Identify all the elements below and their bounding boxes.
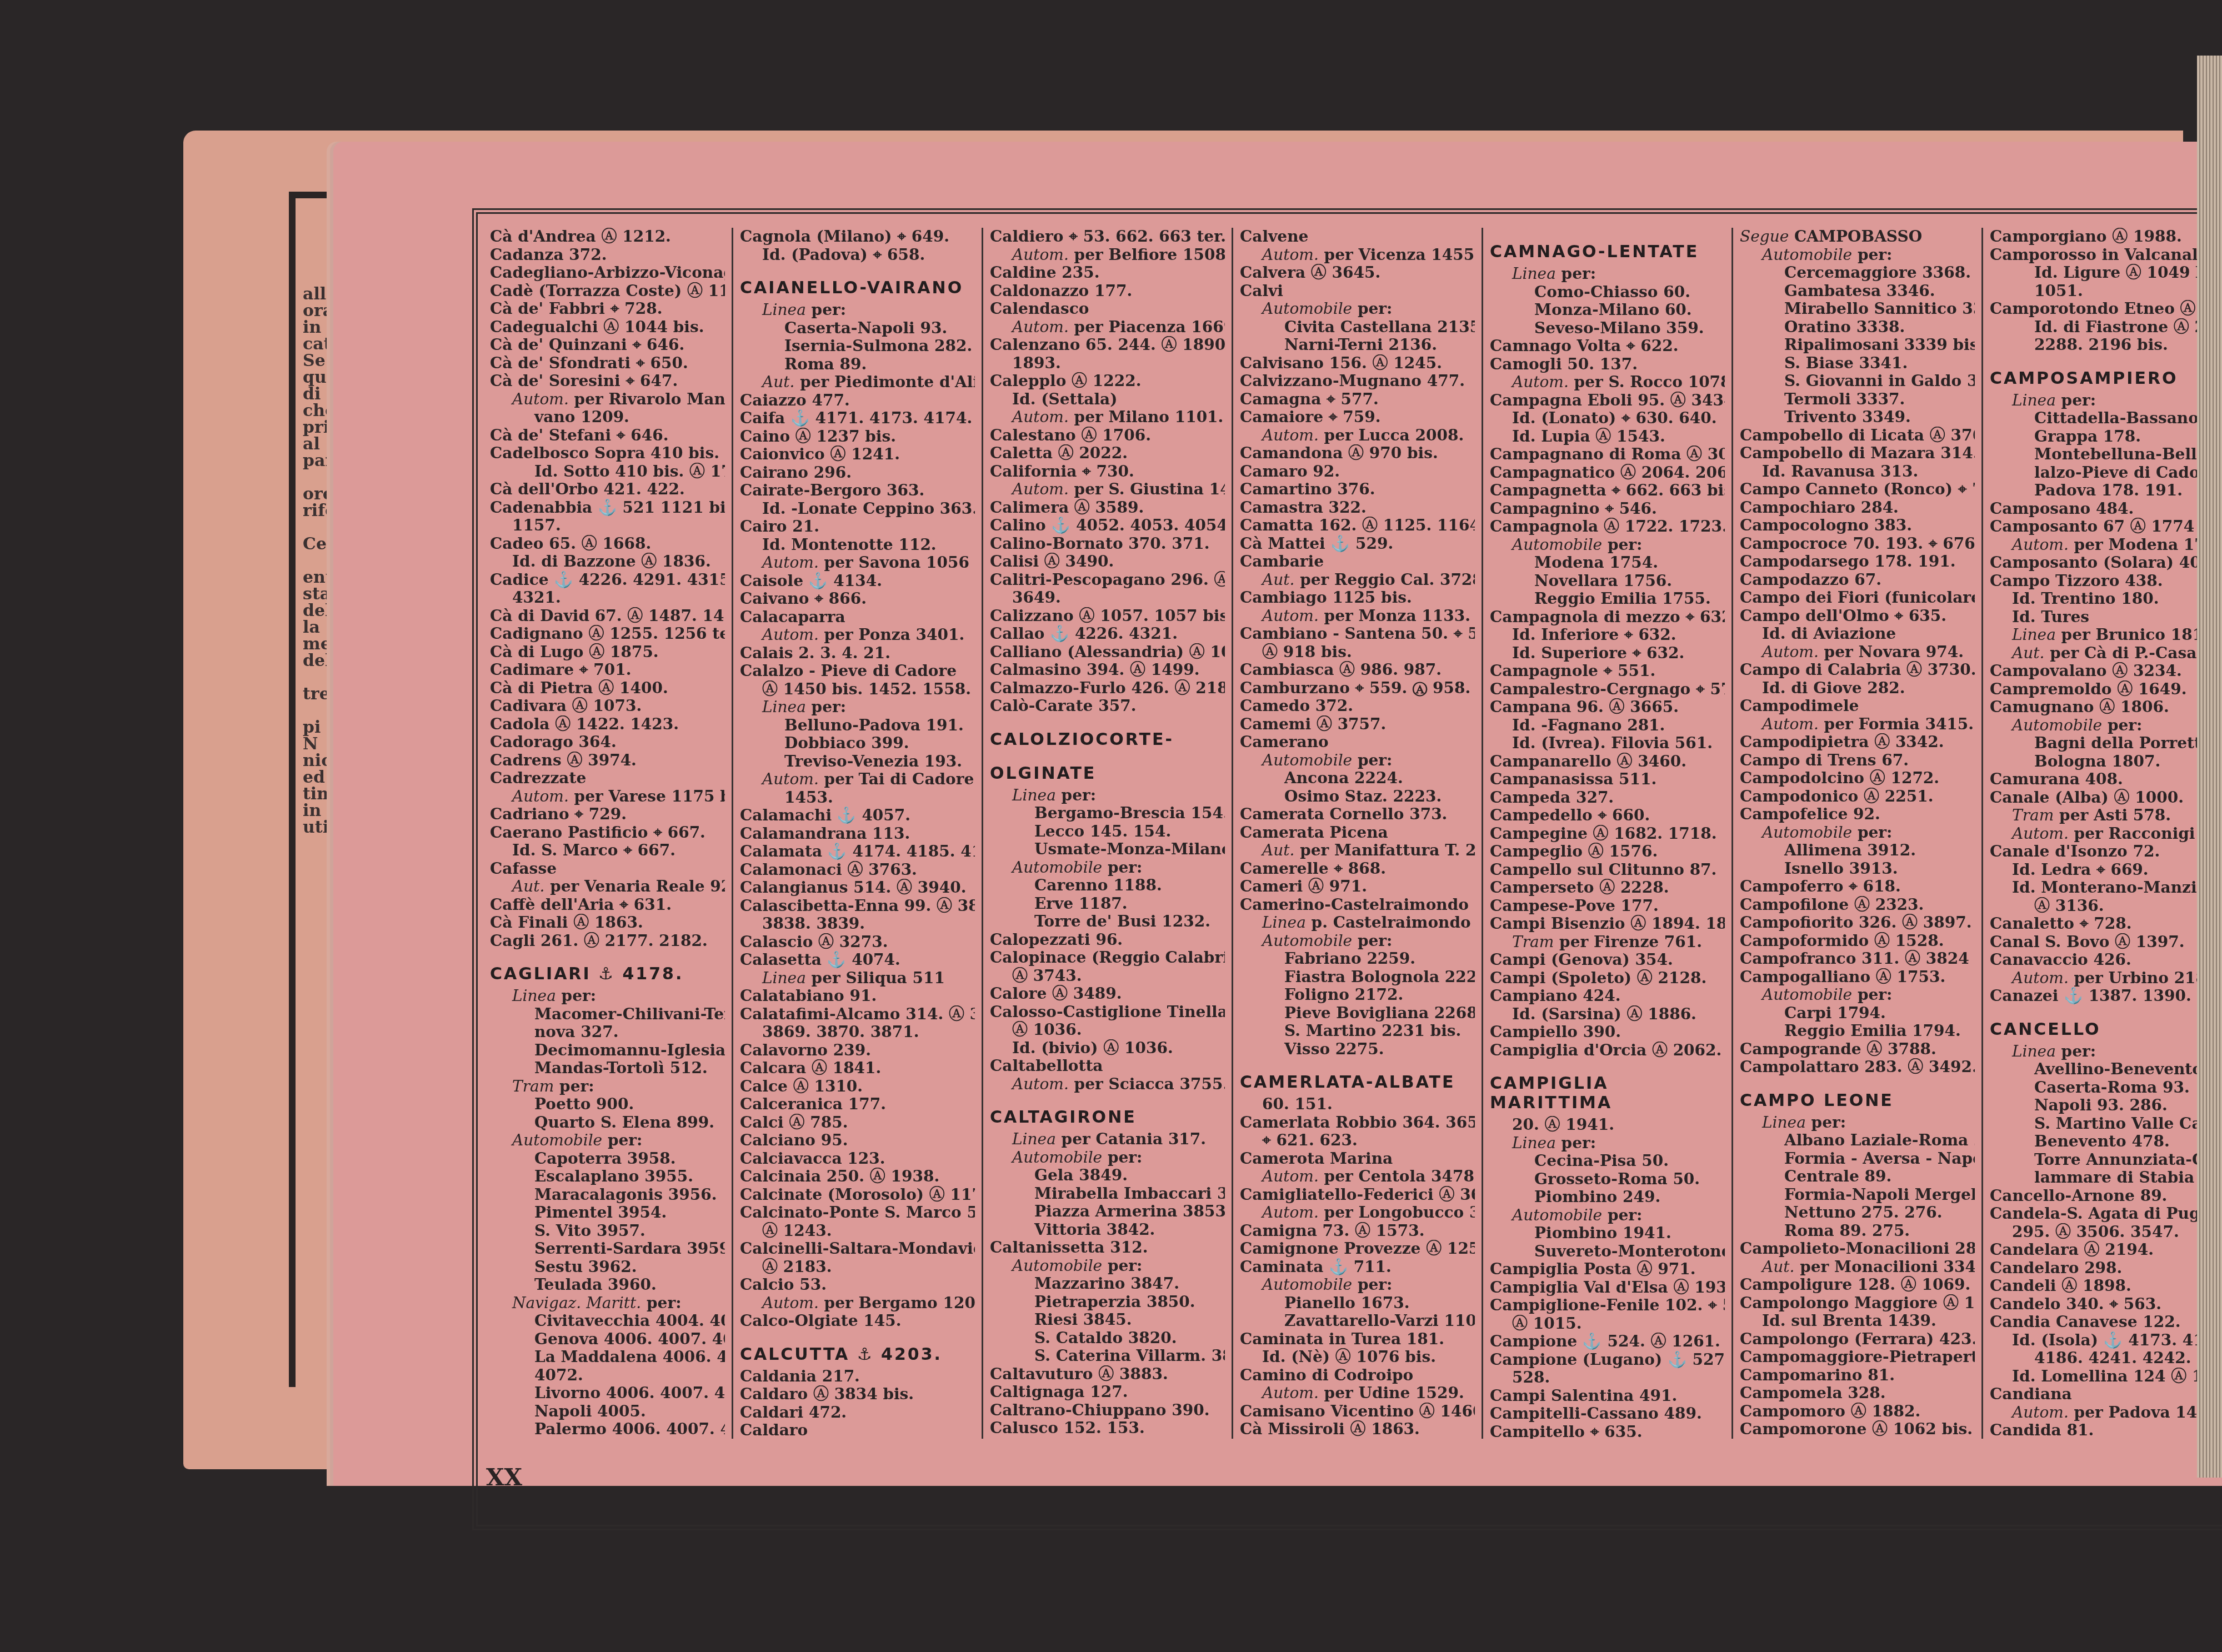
index-entry: Cà de' Quinzani ⌖ 646. xyxy=(490,336,725,354)
index-entry: Riesi 3845. xyxy=(990,1311,1225,1329)
index-entry: Navigaz. Maritt. per: xyxy=(490,1294,725,1313)
index-entry: Ⓐ 3743. xyxy=(990,967,1225,985)
index-entry: Calcara Ⓐ 1841. xyxy=(740,1059,975,1078)
index-entry: Automobile per: xyxy=(990,859,1225,877)
index-entry: Camugnano Ⓐ 1806. xyxy=(1990,698,2222,717)
index-entry: Campomoro Ⓐ 1882. xyxy=(1740,1403,1975,1421)
index-entry: Camporotondo Etneo Ⓐ 3799. xyxy=(1990,300,2222,318)
index-entry: Camartino 376. xyxy=(1240,480,1475,499)
index-entry: Cancello-Arnone 89. xyxy=(1990,1187,2222,1205)
index-entry: Napoli 93. 286. xyxy=(1990,1097,2222,1115)
index-entry: ⌖ 621. 623. xyxy=(1240,1132,1475,1150)
index-entry: Zavattarello-Varzi 1104 ter. xyxy=(1240,1312,1475,1330)
index-entry: Campomela 328. xyxy=(1740,1384,1975,1403)
index-entry: Caisole ⚓ 4134. xyxy=(740,572,975,590)
index-entry: Linea per: xyxy=(990,787,1225,805)
index-entry: Caluso 122. xyxy=(990,1438,1225,1439)
index-entry: Camagna ⌖ 577. xyxy=(1240,391,1475,409)
index-entry: Calcio 53. xyxy=(740,1276,975,1294)
index-entry: Novellara 1756. xyxy=(1490,572,1725,590)
index-entry: Camburzano ⌖ 559. Ⓐ 958. xyxy=(1240,679,1475,698)
index-column-7: Camporgiano Ⓐ 1988.Camporosso in Valcana… xyxy=(1983,228,2222,1439)
index-entry: Macomer-Chilivani-Terra- xyxy=(490,1005,725,1024)
index-entry: Canaletto ⌖ 728. xyxy=(1990,915,2222,933)
index-entry: Spezia 4006. 4507. xyxy=(490,1439,725,1439)
index-entry: Erve 1187. xyxy=(990,895,1225,913)
index-entry: Campiglia Val d'Elsa Ⓐ 1936. xyxy=(1490,1279,1725,1297)
index-entry: Id. Ligure Ⓐ 1049 bis. xyxy=(1990,264,2222,282)
index-entry: Calò-Carate 357. xyxy=(990,697,1225,715)
index-entry: Calitri-Pescopagano 296. Ⓐ 3473. xyxy=(990,571,1225,589)
index-entry: Segue CAMPOBASSO xyxy=(1740,228,1975,246)
index-entry: Livorno 4006. 4007. 4009. xyxy=(490,1384,725,1403)
index-entry: Automobile per: xyxy=(1240,1276,1475,1294)
index-entry: Cadola Ⓐ 1422. 1423. xyxy=(490,715,725,734)
index-entry: Caletta Ⓐ 2022. xyxy=(990,444,1225,463)
index-entry: Id. -Lonate Ceppino 363. xyxy=(740,500,975,518)
index-entry: Como-Chiasso 60. xyxy=(1490,283,1725,302)
index-entry: Piazza Armerina 3853. xyxy=(990,1203,1225,1221)
index-entry: Cadelbosco Sopra 410 bis. Ⓐ 1732. xyxy=(490,444,725,463)
index-entry: Id. Lupia Ⓐ 1543. xyxy=(1490,428,1725,446)
index-entry: S. Martino Valle Caudina- xyxy=(1990,1115,2222,1133)
index-entry: Automobile per: xyxy=(990,1149,1225,1167)
index-entry: Ⓐ 3136. xyxy=(1990,897,2222,915)
index-entry: Grappa 178. xyxy=(1990,428,2222,446)
index-entry: Automobile per: xyxy=(1990,717,2222,735)
index-entry: Automobile per: xyxy=(1240,752,1475,770)
index-entry: Cà di Pietra Ⓐ 1400. xyxy=(490,679,725,698)
index-entry: Autom. per Monza 1133. xyxy=(1240,607,1475,625)
index-entry: Campolattaro 283. Ⓐ 3492. xyxy=(1740,1058,1975,1077)
index-entry: Camperseto Ⓐ 2228. xyxy=(1490,879,1725,897)
section-heading: CAGLIARI ⚓ 4178. xyxy=(490,964,725,984)
index-entry: Cà di Lugo Ⓐ 1875. xyxy=(490,643,725,662)
section-heading: CALCUTTA ⚓ 4203. xyxy=(740,1345,975,1364)
index-entry: Carenno 1188. xyxy=(990,877,1225,895)
index-entry: Calalzo - Pieve di Cadore xyxy=(740,662,975,680)
section-heading: CALOLZIOCORTE- xyxy=(990,730,1225,749)
index-entry: S. Martino 2231 bis. xyxy=(1240,1022,1475,1040)
index-entry: Ⓐ 1243. xyxy=(740,1222,975,1240)
index-entry: Bologna 1807. xyxy=(1990,753,2222,771)
index-entry: Quarto S. Elena 899. xyxy=(490,1114,725,1132)
index-entry: Monza-Milano 60. xyxy=(1490,301,1725,319)
index-entry: Campovalano Ⓐ 3234. xyxy=(1990,662,2222,680)
index-column-1: Cà d'Andrea Ⓐ 1212.Cadanza 372.Cadeglian… xyxy=(483,228,733,1439)
index-entry: Campana 96. Ⓐ 3665. xyxy=(1490,698,1725,717)
index-entry: Cafasse xyxy=(490,860,725,878)
index-entry: Cambiasca Ⓐ 986. 987. xyxy=(1240,661,1475,679)
index-entry: Campolongo Maggiore Ⓐ 1475. xyxy=(1740,1294,1975,1313)
index-entry: Calestano Ⓐ 1706. xyxy=(990,427,1225,445)
index-entry: Cà de' Sfondrati ⌖ 650. xyxy=(490,354,725,373)
index-entry: Pianello 1673. xyxy=(1240,1294,1475,1313)
index-entry: Campodarsego 178. 191. xyxy=(1740,553,1975,571)
index-entry: Calceranica 177. xyxy=(740,1095,975,1114)
index-entry: Campodazzo 67. xyxy=(1740,571,1975,589)
index-entry: Calatafimi-Alcamo 314. Ⓐ 3836. xyxy=(740,1005,975,1024)
index-entry: Camogli 50. 137. xyxy=(1490,356,1725,374)
index-entry: S. Caterina Villarm. 3825. xyxy=(990,1347,1225,1365)
index-entry: Piombino 249. xyxy=(1490,1188,1725,1207)
index-entry: Caldaro Ⓐ 3834 bis. xyxy=(740,1385,975,1404)
index-entry: Ⓐ 1015. xyxy=(1490,1315,1725,1333)
underlying-page-text: all' ora in cat Se qua di che pri al par… xyxy=(303,286,336,836)
index-entry: Teulada 3960. xyxy=(490,1276,725,1294)
index-entry: Cadegliano-Arbizzo-Viconago 377 xyxy=(490,264,725,282)
index-entry: Caffè dell'Aria ⌖ 631. xyxy=(490,896,725,914)
index-entry: Autom. per Udine 1529. xyxy=(1240,1384,1475,1403)
index-entry: Suvereto-Monterotondo 1944. xyxy=(1490,1243,1725,1261)
index-entry: Campocologno 383. xyxy=(1740,517,1975,535)
index-entry: Oratino 3338. xyxy=(1740,318,1975,337)
index-entry: Campodonico Ⓐ 2251. xyxy=(1740,788,1975,806)
index-entry: Campo dei Fiori (funicolare) 590 xyxy=(1740,589,1975,607)
index-entry: Campiello 390. xyxy=(1490,1023,1725,1042)
index-entry: Trivento 3349. xyxy=(1740,408,1975,427)
index-entry: Roma 89. 275. xyxy=(1740,1222,1975,1240)
index-entry: Campeglio Ⓐ 1576. xyxy=(1490,843,1725,861)
index-entry: Campiglia Posta Ⓐ 971. xyxy=(1490,1260,1725,1279)
index-entry: Ripalimosani 3339 bis. xyxy=(1740,336,1975,354)
index-entry: 3869. 3870. 3871. xyxy=(740,1023,975,1042)
index-entry: 4321. xyxy=(490,589,725,607)
index-entry: Calusco 152. 153. xyxy=(990,1419,1225,1438)
index-entry: Campione (Lugano) ⚓ 527. xyxy=(1490,1351,1725,1369)
index-entry: Caivano ⌖ 866. xyxy=(740,590,975,608)
index-entry: Caldari 472. xyxy=(740,1404,975,1422)
index-entry: Calendasco xyxy=(990,300,1225,318)
index-entry: Autom. per Bergamo 1201. xyxy=(740,1294,975,1313)
index-entry: 1157. xyxy=(490,517,725,535)
index-entry: Camignone Provezze Ⓐ 1252. xyxy=(1240,1240,1475,1258)
index-entry: Campomorone Ⓐ 1062 bis. xyxy=(1740,1420,1975,1439)
index-entry: Cecina-Pisa 50. xyxy=(1490,1152,1725,1170)
index-entry: Caltanissetta 312. xyxy=(990,1239,1225,1257)
index-entry: Cà Finali Ⓐ 1863. xyxy=(490,914,725,932)
index-entry: Camigliatello-Federici Ⓐ 3692. xyxy=(1240,1186,1475,1204)
index-entry: Campello sul Clitunno 87. xyxy=(1490,861,1725,879)
index-entry: Id. sul Brenta 1439. xyxy=(1740,1312,1975,1330)
index-entry: 528. xyxy=(1490,1369,1725,1387)
index-entry: Camastra 322. xyxy=(1240,499,1475,517)
index-entry: Calvizzano-Mugnano 477. xyxy=(1240,372,1475,391)
index-entry: Pimentel 3954. xyxy=(490,1204,725,1222)
index-entry: Cadivara Ⓐ 1073. xyxy=(490,697,725,715)
index-entry: Linea per Catania 317. xyxy=(990,1130,1225,1149)
index-entry: Automobile per: xyxy=(1740,986,1975,1004)
index-entry: Autom. per Modena 1775. xyxy=(1990,536,2222,554)
index-entry: Fabriano 2259. xyxy=(1240,950,1475,968)
index-entry: Automobile per: xyxy=(1740,246,1975,264)
index-entry: Caerano Pastificio ⌖ 667. xyxy=(490,824,725,842)
index-entry: Id. di Aviazione xyxy=(1740,625,1975,643)
index-entry: Autom. per Padova 1459. xyxy=(1990,1404,2222,1422)
index-entry: Cambiano - Santena 50. ⌖ 540. xyxy=(1240,625,1475,643)
index-entry: Palermo 4006. 4007. 4178. xyxy=(490,1420,725,1439)
index-entry: Calimera Ⓐ 3589. xyxy=(990,499,1225,517)
index-entry: Padova 178. 191. xyxy=(1990,482,2222,500)
index-entry: Calcinate (Morosolo) Ⓐ 1175 bis. xyxy=(740,1186,975,1204)
index-entry: S. Biase 3341. xyxy=(1740,354,1975,373)
section-heading: CAMPOSAMPIERO xyxy=(1990,369,2222,388)
index-entry: Campobello di Licata Ⓐ 3767. xyxy=(1740,427,1975,445)
index-entry: Id. Trentino 180. xyxy=(1990,590,2222,608)
index-entry: 1893. xyxy=(990,354,1225,373)
index-column-4: CalveneAutom. per Vicenza 1455.Calvera Ⓐ… xyxy=(1233,228,1483,1439)
index-entry: Usmate-Monza-Milano 145 xyxy=(990,840,1225,859)
section-heading: CALTAGIRONE xyxy=(990,1108,1225,1127)
index-entry: Cadeo 65. Ⓐ 1668. xyxy=(490,535,725,553)
index-entry: Autom. per Novara 974. xyxy=(1740,643,1975,662)
index-columns: Cà d'Andrea Ⓐ 1212.Cadanza 372.Cadeglian… xyxy=(483,228,2194,1439)
index-entry: Linea per Brunico 181. xyxy=(1990,626,2222,644)
index-entry: Cadriano ⌖ 729. xyxy=(490,805,725,824)
index-entry: Calcinato-Ponte S. Marco 53. xyxy=(740,1204,975,1222)
index-entry: Autom. per Tai di Cadore xyxy=(740,770,975,789)
index-entry: Autom. per Varese 1175 bis. xyxy=(490,788,725,806)
index-entry: Candida 81. xyxy=(1990,1421,2222,1439)
index-entry: Camaiore ⌖ 759. xyxy=(1240,408,1475,427)
index-entry: Montebelluna-Belluno-Ca- xyxy=(1990,445,2222,464)
index-entry: Candelara Ⓐ 2194. xyxy=(1990,1241,2222,1259)
index-entry: Linea per: xyxy=(1740,1114,1975,1132)
index-column-5: CAMNAGO-LENTATELinea per:Como-Chiasso 60… xyxy=(1483,228,1733,1439)
index-entry: Camnago Volta ⌖ 622. xyxy=(1490,337,1725,356)
index-entry: Campagnola di mezzo ⌖ 632. xyxy=(1490,608,1725,627)
index-entry: Automobile per: xyxy=(990,1257,1225,1275)
index-entry: Calce Ⓐ 1310. xyxy=(740,1078,975,1096)
index-entry: Campi Bisenzio Ⓐ 1894. 1897. xyxy=(1490,915,1725,933)
index-entry: S. Cataldo 3820. xyxy=(990,1329,1225,1348)
index-entry: Camposanto (Solara) 408. xyxy=(1990,554,2222,572)
index-entry: Camerata Cornello 373. xyxy=(1240,805,1475,824)
index-entry: Campeda 327. xyxy=(1490,789,1725,807)
index-entry: Foligno 2172. xyxy=(1240,986,1475,1004)
index-entry: Id. di Giove 282. xyxy=(1740,679,1975,698)
index-entry: Automobile per: xyxy=(1240,932,1475,950)
index-entry: Autom. per Longobucco 3683 bis. xyxy=(1240,1204,1475,1222)
index-entry: Autom. per Rivarolo Manto- xyxy=(490,391,725,409)
index-entry: Campi (Spoleto) Ⓐ 2128. xyxy=(1490,969,1725,988)
index-entry: Caino Ⓐ 1237 bis. xyxy=(740,428,975,446)
index-entry: Isernia-Sulmona 282. xyxy=(740,337,975,356)
index-entry: lammare di Stabia 292. xyxy=(1990,1169,2222,1187)
index-entry: Caldania 217. xyxy=(740,1368,975,1386)
index-entry: Camurana 408. xyxy=(1990,770,2222,789)
index-entry: Calore Ⓐ 3489. xyxy=(990,985,1225,1003)
index-entry: Reggio Emilia 1794. xyxy=(1740,1022,1975,1040)
index-entry: Calvisano 156. Ⓐ 1245. xyxy=(1240,354,1475,373)
index-entry: Cà di David 67. Ⓐ 1487. 1498. xyxy=(490,607,725,625)
index-entry: Campagnatico Ⓐ 2064. 2066. xyxy=(1490,464,1725,482)
index-entry: Calino ⚓ 4052. 4053. 4054. 4036. xyxy=(990,517,1225,535)
index-entry: 1453. xyxy=(740,789,975,807)
index-entry: Calvi xyxy=(1240,282,1475,301)
index-entry: Carpi 1794. xyxy=(1740,1004,1975,1023)
index-entry: La Maddalena 4006. 4007. xyxy=(490,1348,725,1366)
index-entry: Cercemaggiore 3368. xyxy=(1740,264,1975,282)
index-entry: Calvera Ⓐ 3645. xyxy=(1240,264,1475,282)
index-entry: Nettuno 275. 276. xyxy=(1740,1204,1975,1222)
index-entry: Albano Laziale-Roma 276. xyxy=(1740,1132,1975,1150)
index-entry: Seveso-Milano 359. xyxy=(1490,319,1725,338)
index-entry: Torre de' Busi 1232. xyxy=(990,913,1225,931)
index-entry: Id. Montenotte 112. xyxy=(740,536,975,554)
index-entry: Calatabiano 91. xyxy=(740,987,975,1005)
index-entry: Camemi Ⓐ 3757. xyxy=(1240,715,1475,734)
index-entry: Candiana xyxy=(1990,1385,2222,1404)
index-entry: Canavaccio 426. xyxy=(1990,951,2222,969)
section-heading: CAMPO LEONE xyxy=(1740,1091,1975,1110)
index-entry: Civita Castellana 2135. xyxy=(1240,318,1475,337)
index-entry: Id. (bivio) Ⓐ 1036. xyxy=(990,1039,1225,1058)
index-entry: Id. (Ivrea). Filovia 561. xyxy=(1490,734,1725,753)
index-entry: Autom. per Savona 1056 bis. xyxy=(740,554,975,572)
index-entry: Linea per: xyxy=(1990,392,2222,410)
index-entry: Caionvico Ⓐ 1241. xyxy=(740,445,975,464)
index-entry: Escalaplano 3955. xyxy=(490,1168,725,1186)
index-entry: Camponogara Ⓐ 1543. xyxy=(1740,1439,1975,1439)
index-entry: Caldaro xyxy=(740,1421,975,1439)
index-entry: Canazei ⚓ 1387. 1390. xyxy=(1990,987,2222,1005)
index-entry: Calosso-Castiglione Tinella 113. xyxy=(990,1003,1225,1022)
index-entry: Osimo Staz. 2223. xyxy=(1240,788,1475,806)
page-stack-edge xyxy=(2197,56,2222,1478)
index-entry: Aut. per Reggio Cal. 3728. xyxy=(1240,571,1475,589)
index-entry: Linea per: xyxy=(740,301,975,319)
index-entry: Ⓐ 1450 bis. 1452. 1558. xyxy=(740,680,975,699)
index-entry: Linea per: xyxy=(1490,1134,1725,1153)
index-entry: Calmasino 394. Ⓐ 1499. xyxy=(990,661,1225,679)
index-entry: Campo Canneto (Ronco) ⌖ 719. xyxy=(1740,480,1975,499)
index-entry: Campolieto-Monacilioni 283. xyxy=(1740,1240,1975,1258)
index-entry: Cà d'Andrea Ⓐ 1212. xyxy=(490,228,725,246)
index-entry: Autom. per Vicenza 1455. xyxy=(1240,246,1475,264)
index-entry: Avellino-Benevento 286. xyxy=(1990,1060,2222,1079)
index-entry: Gambatesa 3346. xyxy=(1740,282,1975,301)
index-entry: Narni-Terni 2136. xyxy=(1240,336,1475,354)
index-entry: Campochiaro 284. xyxy=(1740,499,1975,517)
index-entry: Calavorno 239. xyxy=(740,1042,975,1060)
index-entry: Automobile per: xyxy=(1740,824,1975,842)
index-entry: Linea per Siliqua 511 xyxy=(740,969,975,988)
index-entry: Autom. per S. Rocco 1078. xyxy=(1490,373,1725,392)
index-entry: Campomaggiore-Pietrapertosa 95 xyxy=(1740,1348,1975,1366)
index-entry: Ancona 2224. xyxy=(1240,769,1475,788)
index-entry: Treviso-Venezia 193. xyxy=(740,753,975,771)
index-entry: Gela 3849. xyxy=(990,1167,1225,1185)
index-entry: Campagna Eboli 95. Ⓐ 3434. 3435. xyxy=(1490,392,1725,410)
index-entry: Id. Tures xyxy=(1990,608,2222,627)
page-number: XX xyxy=(486,1464,522,1491)
index-entry: Cà de' Stefani ⌖ 646. xyxy=(490,427,725,445)
index-entry: Id. (Nè) Ⓐ 1076 bis. xyxy=(1240,1348,1475,1366)
index-entry: Campo Tizzoro 438. xyxy=(1990,572,2222,590)
index-entry: Belluno-Padova 191. xyxy=(740,717,975,735)
index-entry: vano 1209. xyxy=(490,408,725,427)
index-entry: Campitello ⌖ 635. xyxy=(1490,1423,1725,1439)
index-entry: Fiastra Bolognola 2222. xyxy=(1240,968,1475,987)
index-entry: Campomarino 81. xyxy=(1740,1366,1975,1385)
index-entry: Caminata ⚓ 711. xyxy=(1240,1258,1475,1276)
index-entry: Mirabella Imbaccari 3840. xyxy=(990,1185,1225,1203)
index-entry: Calizzano Ⓐ 1057. 1057 bis. xyxy=(990,607,1225,625)
section-heading: CAIANELLO-VAIRANO xyxy=(740,278,975,298)
index-entry: Campocroce 70. 193. ⌖ 676. xyxy=(1740,535,1975,553)
index-entry: Autom. per Formia 3415. xyxy=(1740,715,1975,734)
index-entry: Cairo 21. xyxy=(740,518,975,536)
index-entry: Camposanto 67 Ⓐ 1774 bis. xyxy=(1990,518,2222,536)
index-entry: Serrenti-Sardara 3959. xyxy=(490,1240,725,1258)
index-entry: Id. (Settala) xyxy=(990,391,1225,409)
index-entry: Camerota Marina xyxy=(1240,1150,1475,1168)
index-entry: Calangianus 514. Ⓐ 3940. xyxy=(740,879,975,897)
index-entry: Cadimare ⌖ 701. xyxy=(490,661,725,679)
index-entry: Mazzarino 3847. xyxy=(990,1275,1225,1293)
index-entry: Campedello ⌖ 660. xyxy=(1490,807,1725,825)
index-entry: Aut. per Venaria Reale 928. xyxy=(490,878,725,896)
index-entry: Caldiero ⌖ 53. 662. 663 ter. xyxy=(990,228,1225,246)
index-entry: Automobile per: xyxy=(1240,300,1475,318)
index-entry: Calais 2. 3. 4. 21. xyxy=(740,644,975,663)
index-entry: Id. Ledra ⌖ 669. xyxy=(1990,861,2222,879)
section-heading: CANCELLO xyxy=(1990,1020,2222,1039)
index-entry: Caifa ⚓ 4171. 4173. 4174. 4187. xyxy=(740,409,975,428)
index-entry: Torre Annunziata-Castel- xyxy=(1990,1151,2222,1169)
index-entry: Cadrens Ⓐ 3974. xyxy=(490,752,725,770)
index-entry: Caminata in Turea 181. xyxy=(1240,1330,1475,1349)
index-entry: Campione ⚓ 524. Ⓐ 1261. xyxy=(1490,1333,1725,1351)
index-entry: Camandona Ⓐ 970 bis. xyxy=(1240,444,1475,463)
index-entry: Campoferro ⌖ 618. xyxy=(1740,878,1975,896)
index-entry: Automobile per: xyxy=(1490,536,1725,554)
index-entry: Caltignaga 127. xyxy=(990,1383,1225,1401)
index-entry: Calasetta ⚓ 4074. xyxy=(740,951,975,969)
index-entry: Aut. per Piedimonte d'Alife 3396 xyxy=(740,373,975,392)
index-entry: lalzo-Pieve di Cadore 191 xyxy=(1990,464,2222,482)
index-entry: Camedo 372. xyxy=(1240,697,1475,715)
index-entry: Automobile per: xyxy=(490,1132,725,1150)
index-entry: Id. Ravanusa 313. xyxy=(1740,463,1975,481)
index-entry: Bergamo-Brescia 154. xyxy=(990,804,1225,823)
index-entry: Cambiago 1125 bis. xyxy=(1240,589,1475,607)
index-entry: Campi (Genova) 354. xyxy=(1490,951,1725,969)
index-entry: Calciano 95. xyxy=(740,1132,975,1150)
index-entry: Ⓐ 1036. xyxy=(990,1021,1225,1039)
index-entry: Lecco 145. 154. xyxy=(990,823,1225,841)
index-column-3: Caldiero ⌖ 53. 662. 663 ter.Autom. per B… xyxy=(983,228,1233,1439)
index-entry: S. Vito 3957. xyxy=(490,1222,725,1240)
index-entry: Camerelle ⌖ 868. xyxy=(1240,860,1475,878)
index-entry: Campitelli-Cassano 489. xyxy=(1490,1405,1725,1423)
index-entry: Calamonaci Ⓐ 3763. xyxy=(740,861,975,879)
index-entry: Campofiorito 326. Ⓐ 3897. xyxy=(1740,914,1975,932)
index-entry: Grosseto-Roma 50. xyxy=(1490,1170,1725,1189)
index-entry: Campo dell'Olmo ⌖ 635. xyxy=(1740,607,1975,625)
index-entry: Automobile per: xyxy=(1490,1207,1725,1225)
index-entry: Cameri Ⓐ 971. xyxy=(1240,878,1475,896)
index-entry: Camino di Codroipo xyxy=(1240,1366,1475,1385)
index-entry: Caltavuturo Ⓐ 3883. xyxy=(990,1365,1225,1384)
index-entry: 60. 151. xyxy=(1240,1095,1475,1114)
index-entry: Campanarello Ⓐ 3460. xyxy=(1490,753,1725,771)
index-entry: Ⓐ 2183. xyxy=(740,1258,975,1276)
index-entry: Cadenabbia ⚓ 521 1121 bis. xyxy=(490,499,725,517)
index-entry: Campagnano di Roma Ⓐ 3099. xyxy=(1490,445,1725,464)
index-entry: Campo di Trens 67. xyxy=(1740,752,1975,770)
